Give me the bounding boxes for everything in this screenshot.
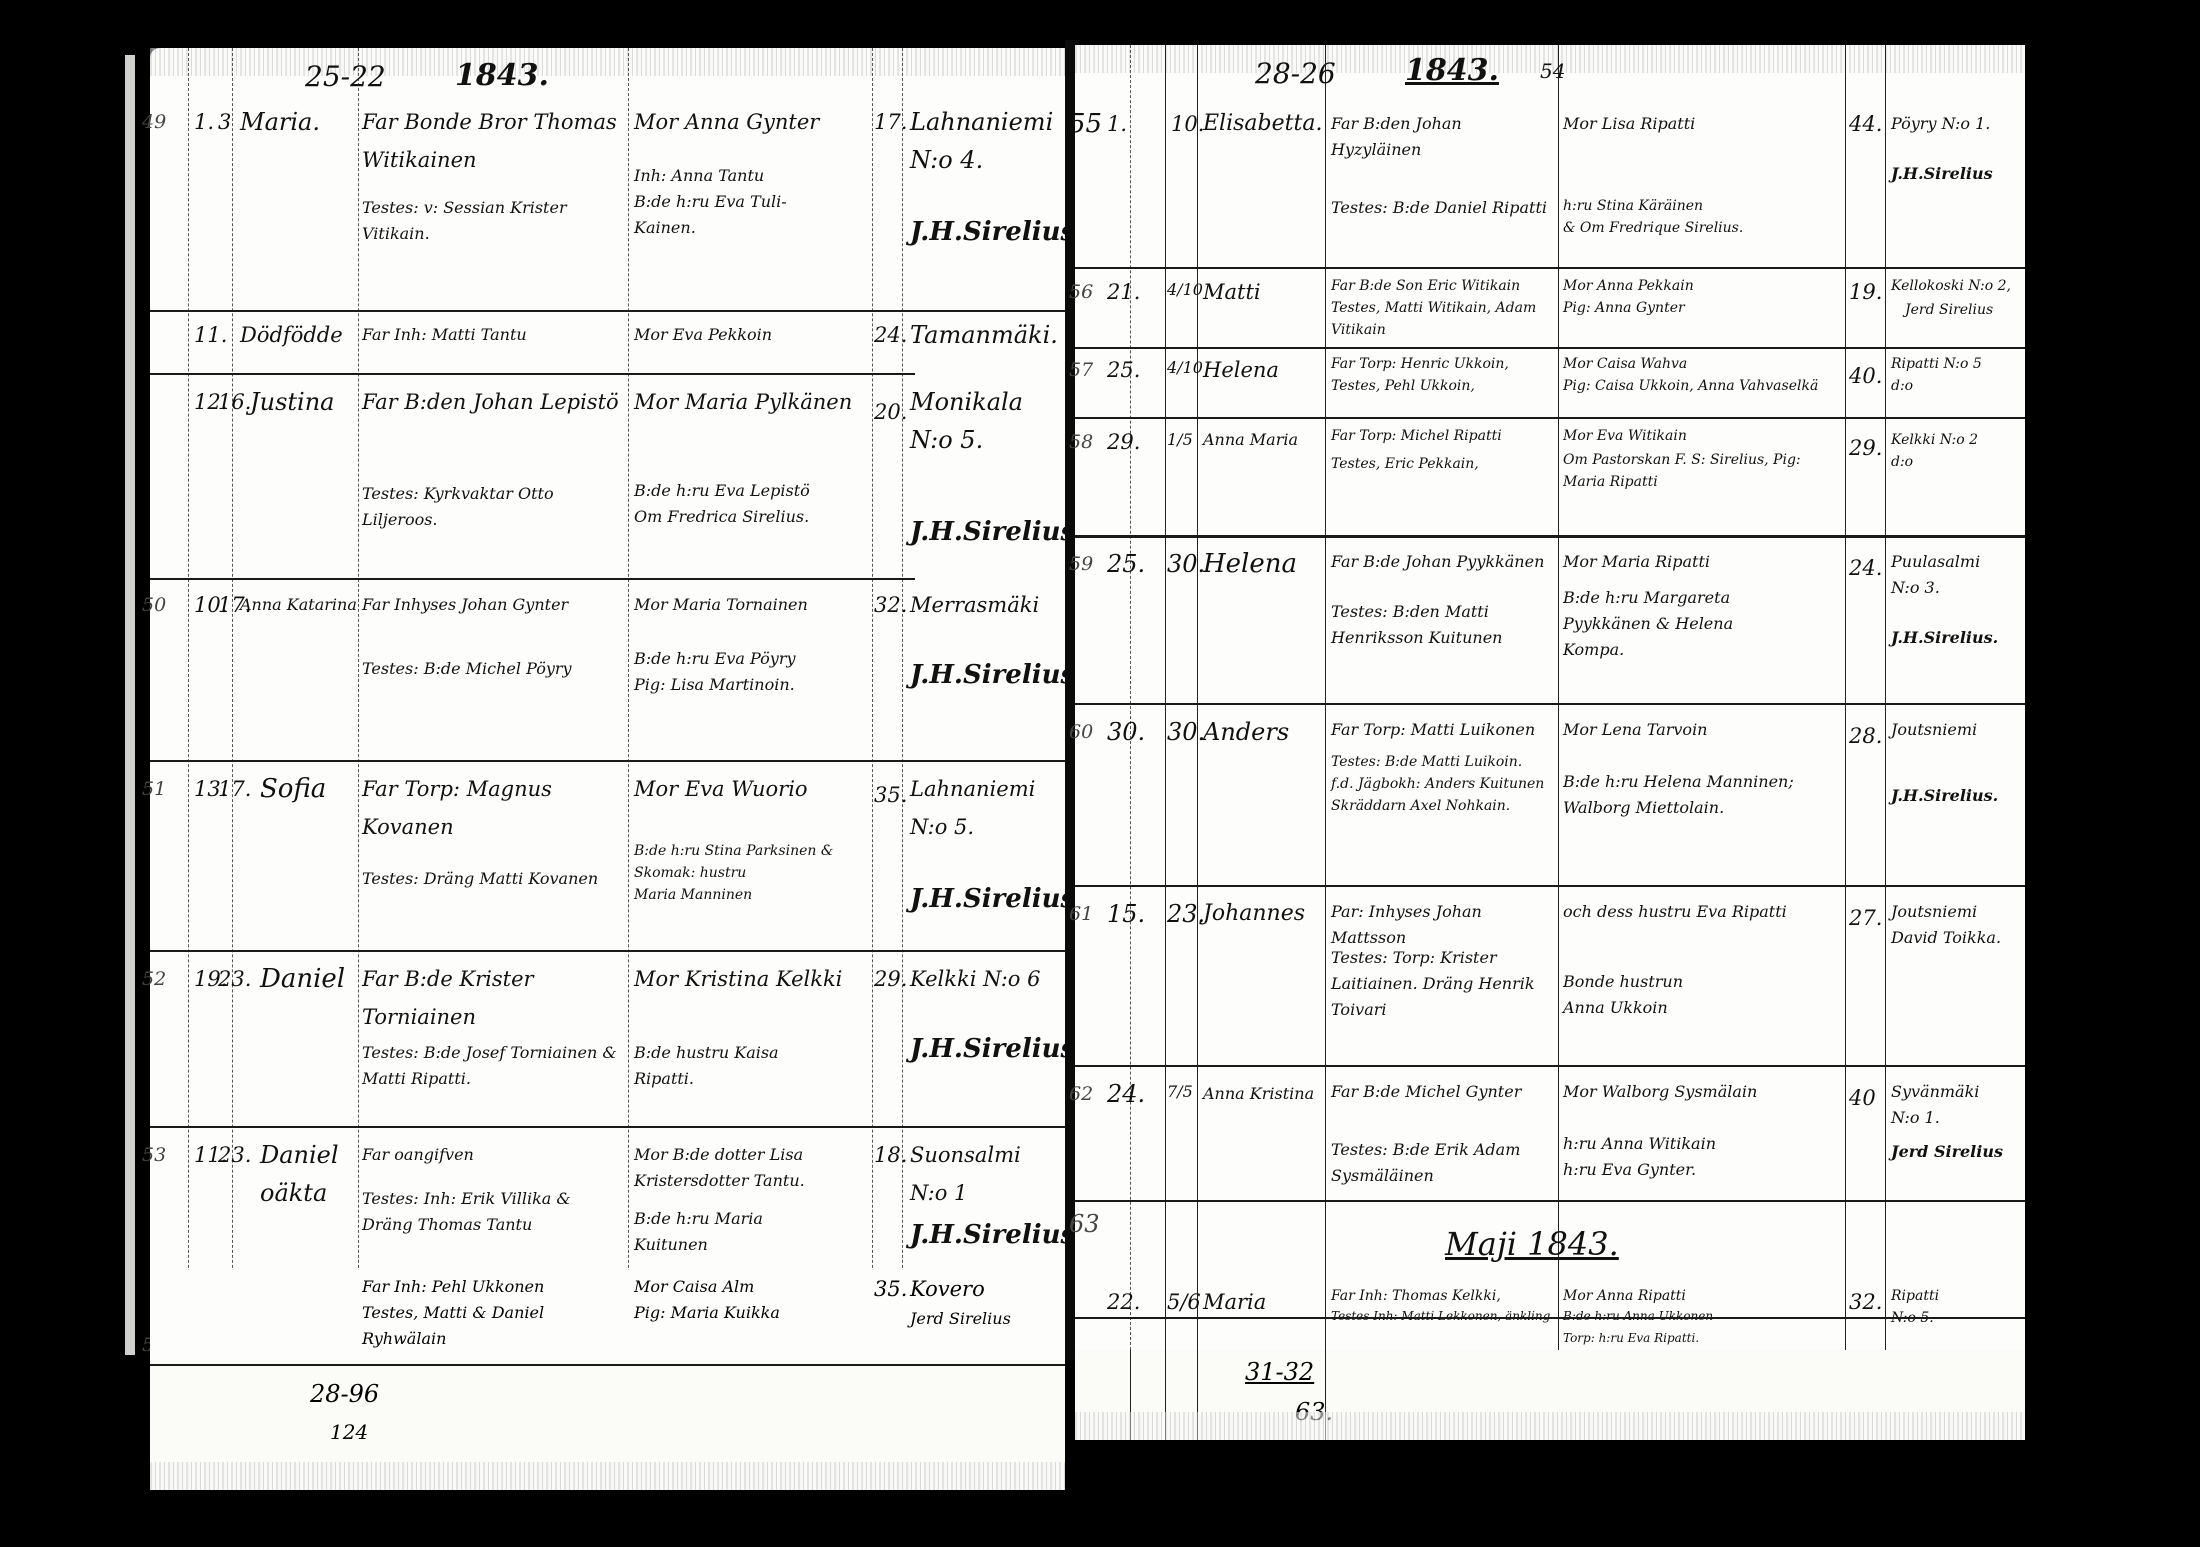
entry-reg-no: 60	[1069, 713, 1093, 751]
book-spine-edge	[125, 55, 135, 1355]
entry-divider	[1075, 267, 2025, 269]
entry-village: Joutsniemi	[1891, 717, 1977, 743]
entry-male-sponsors: Testes: v: Sessian Krister Vitikain.	[362, 195, 624, 247]
entry-father: Far B:de Johan Pyykkänen	[1331, 549, 1553, 575]
entry-mother: Mor Maria Ripatti	[1563, 549, 1841, 575]
entry-mother-age: 40.	[1849, 357, 1882, 395]
entry-mother-age: 24.	[874, 316, 907, 354]
register-page-right: 28-26 1843. 54 55 1. 10. Elisabetta. Far…	[1075, 45, 2025, 1350]
entry-divider	[150, 950, 1065, 952]
entry-mother-age: 27.	[1849, 899, 1882, 937]
entry-father: Far Inhyses Johan Gynter	[362, 592, 624, 618]
entry-female-sponsors: B:de h:ru Margareta Pyykkänen & Helena K…	[1563, 585, 1841, 663]
entry-child-name: Helena	[1203, 351, 1279, 389]
entry-village: Kovero	[910, 1270, 985, 1308]
entry-mother-age: 40	[1849, 1079, 1876, 1117]
entry-village: Puulasalmi N:o 3.	[1891, 549, 1980, 601]
entry-birth-day: 30.	[1107, 713, 1145, 751]
entry-mother: Mor Anna Ripatti	[1563, 1285, 1841, 1307]
entry-signature: J.H.Sirelius.	[910, 656, 1084, 694]
entry-village: Kelkki N:o 6	[910, 960, 1041, 998]
entry-birth-day: 15.	[1107, 895, 1145, 933]
entry-male-sponsors: Testes, Pehl Ukkoin,	[1331, 375, 1553, 397]
entry-female-sponsors: B:de h:ru Anna Ukkonen Torp: h:ru Eva Ri…	[1563, 1305, 1841, 1349]
entry-father: Far Inh: Matti Tantu	[362, 322, 624, 348]
entry-reg-no: 55	[1069, 105, 1102, 143]
month-heading: Maji 1843.	[1445, 1225, 1619, 1263]
page-tally-header: 25-22	[305, 60, 386, 93]
entry-mother: Mor Lisa Ripatti	[1563, 111, 1841, 137]
entry-mother: och dess hustru Eva Ripatti	[1563, 899, 1841, 925]
register-entry: 49 1. 3 Maria. Far Bonde Bror Thomas Wit…	[150, 103, 1065, 283]
entry-baptism-day: 17.	[218, 770, 251, 808]
entry-village: Pöyry N:o 1.	[1891, 111, 1990, 137]
entry-male-sponsors: Testes: Dräng Matti Kovanen	[362, 866, 624, 892]
entry-child-name: Dödfödde	[240, 316, 343, 354]
entry-baptism-day: 7/5	[1167, 1079, 1193, 1105]
entry-child-name: Justina	[250, 383, 334, 421]
entry-male-sponsors: Testes: B:den Matti Henriksson Kuitunen	[1331, 599, 1553, 651]
entry-reg-no: 51	[142, 770, 166, 808]
entry-baptism-day: 5/6	[1167, 1283, 1201, 1321]
entry-signature: Jerd Sirelius	[1891, 1139, 2003, 1165]
entry-father: Far B:den Johan Hyzyläinen	[1331, 111, 1553, 163]
entry-male-sponsors: Testes: B:de Erik Adam Sysmäläinen	[1331, 1137, 1553, 1189]
register-entry: 52 19. 23. Daniel Far B:de Krister Torni…	[150, 960, 1065, 1120]
entry-female-sponsors: Om Pastorskan F. S: Sirelius, Pig: Maria…	[1563, 449, 1841, 493]
entry-village: Tamanmäki.	[910, 316, 1058, 354]
entry-mother: Mor Eva Wuorio	[634, 770, 870, 808]
entry-mother-age: 20.	[874, 393, 907, 431]
entry-baptism-day: 4/10	[1167, 355, 1203, 381]
register-entry: 51 13. 17. Sofia Far Torp: Magnus Kovane…	[150, 770, 1065, 950]
entry-baptism-day: 16.	[218, 383, 251, 421]
entry-signature: J.H.Sirelius	[1891, 161, 1993, 187]
page-tally-footer: 31-32	[1245, 1358, 1314, 1386]
entry-father: Far Torp: Matti Luikonen	[1331, 717, 1553, 743]
entry-child-name: Anna Kristina	[1203, 1081, 1314, 1107]
entry-baptism-day: 3	[218, 103, 231, 141]
entry-signature: J.H.Sirelius.	[910, 213, 1084, 251]
entry-father: Far Torp: Michel Ripatti	[1331, 425, 1553, 447]
entry-birth-day: 25.	[1107, 351, 1140, 389]
entry-village: Kellokoski N:o 2,	[1891, 275, 2011, 297]
entry-village: Joutsniemi David Toikka.	[1891, 899, 2001, 951]
register-entry: 63 Maji 1843. 22. 5/6 Maria Far Inh: Tho…	[1075, 1205, 2025, 1325]
entry-baptism-day: 23.	[218, 960, 251, 998]
entry-child-name: Helena	[1203, 545, 1297, 583]
entry-baptism-day: 23.	[1167, 895, 1205, 933]
entry-father: Far B:de Michel Gynter	[1331, 1079, 1553, 1105]
register-page-left-footer: 28-96 124	[150, 1360, 1065, 1490]
entry-male-sponsors: Testes, Matti & Daniel Ryhwälain	[362, 1300, 624, 1352]
entry-father: Far B:de Krister Torniainen	[362, 960, 624, 1036]
page-number: 54	[1540, 59, 1565, 83]
entry-village: Monikala N:o 5.	[910, 383, 1023, 459]
entry-mother: Mor Kristina Kelkki	[634, 960, 870, 998]
entry-signature: J.H.Sirelius.	[910, 513, 1084, 551]
register-page-left: 25-22 1843. 49 1. 3 Maria. Far Bonde Bro…	[150, 48, 1065, 1348]
entry-female-sponsors: B:de h:ru Eva Lepistö Om Fredrica Sireli…	[634, 478, 870, 530]
entry-female-sponsors: Bonde hustrun Anna Ukkoin	[1563, 969, 1841, 1021]
entry-signature: J.H.Sirelius.	[1891, 625, 1998, 651]
entry-divider	[150, 1126, 1065, 1128]
register-page-right-footer: 31-32 63.	[1075, 1350, 2025, 1440]
entry-father: Far B:de Son Eric Witikain	[1331, 275, 1553, 297]
entry-divider	[1075, 1065, 2025, 1067]
entry-mother-age: 19.	[1849, 273, 1882, 311]
entry-reg-no: 62	[1069, 1075, 1093, 1113]
entry-female-sponsors: B:de h:ru Maria Kuitunen	[634, 1206, 870, 1258]
entry-female-sponsors: B:de h:ru Eva Pöyry Pig: Lisa Martinoin.	[634, 646, 870, 698]
entry-birth-day: 11.	[194, 316, 227, 354]
entry-female-sponsors: B:de hustru Kaisa Ripatti.	[634, 1040, 870, 1092]
entry-mother-age: 28.	[1849, 717, 1882, 755]
entry-baptism-day: 23.	[218, 1136, 251, 1174]
entry-signature: Jerd Sirelius	[1905, 299, 1993, 321]
entry-signature: Jerd Sirelius	[910, 1306, 1011, 1332]
entry-signature: J.H.Sirelius.	[910, 880, 1084, 918]
entry-reg-no: 50	[142, 586, 166, 624]
entry-signature: J.H.Sirelius.	[1891, 783, 1998, 809]
entry-child-name: Maria	[1203, 1283, 1266, 1321]
entry-divider	[150, 760, 1065, 762]
entry-mother: Mor Maria Pylkänen	[634, 383, 870, 421]
entry-divider	[150, 373, 915, 375]
entry-father: Far Torp: Henric Ukkoin,	[1331, 353, 1553, 375]
register-page-left-bottom: Far Inh: Pehl Ukkonen Testes, Matti & Da…	[150, 1270, 1065, 1360]
entry-mother-age: 35.	[874, 1270, 907, 1308]
page-tally-footer: 28-96	[310, 1380, 379, 1408]
entry-mother-age: 24.	[1849, 549, 1882, 587]
entry-mother-age: 18.	[874, 1136, 907, 1174]
entry-reg-no: 63	[1069, 1205, 1100, 1243]
entry-female-sponsors: h:ru Anna Witikain h:ru Eva Gynter.	[1563, 1131, 1841, 1183]
entry-mother-age: 29.	[1849, 429, 1882, 467]
entry-female-sponsors: Pig: Maria Kuikka	[634, 1300, 870, 1326]
register-entry: 50 10. 17. Anna Katarina Far Inhyses Joh…	[150, 586, 1065, 746]
register-entry: 12. 16. Justina Far B:den Johan Lepistö …	[150, 383, 1065, 573]
entry-male-sponsors: Testes: B:de Josef Torniainen & Matti Ri…	[362, 1040, 624, 1092]
entry-baptism-day: 1/5	[1167, 427, 1193, 453]
entry-child-name: Daniel oäkta	[260, 1136, 339, 1212]
entry-mother: Mor Anna Pekkain	[1563, 275, 1841, 297]
entry-female-sponsors: h:ru Stina Käräinen & Om Fredrique Sirel…	[1563, 195, 1841, 239]
entry-birth-day: 22.	[1107, 1283, 1140, 1321]
entry-mother: Mor B:de dotter Lisa Kristersdotter Tant…	[634, 1142, 870, 1194]
register-entry: 60 30. 30. Anders Far Torp: Matti Luikon…	[1075, 713, 2025, 883]
entry-mother-age: 17.	[874, 103, 907, 141]
entry-village: Lahnaniemi N:o 5.	[910, 770, 1035, 846]
entry-male-sponsors: Testes: Torp: Krister Laitiainen. Dräng …	[1331, 945, 1553, 1023]
entry-child-name: Elisabetta.	[1203, 105, 1322, 143]
entry-birth-day: 1.	[1107, 105, 1127, 143]
entry-reg-no: 49	[142, 103, 166, 141]
entry-father: Far oangifven	[362, 1142, 624, 1168]
entry-mother: Mor Eva Witikain	[1563, 425, 1841, 447]
entry-female-sponsors: Inh: Anna Tantu B:de h:ru Eva Tuli- Kain…	[634, 163, 870, 241]
entry-mother: Mor Walborg Sysmälain	[1563, 1079, 1841, 1105]
entry-divider	[1075, 1200, 2025, 1202]
page-year-header: 1843.	[1405, 53, 1499, 88]
entry-reg-no: 58	[1069, 423, 1093, 461]
entry-village: Ripatti N:o 5.	[1891, 1285, 1939, 1329]
entry-reg-no: 53	[142, 1136, 166, 1174]
entry-father: Far Inh: Pehl Ukkonen	[362, 1274, 624, 1300]
entry-baptism-day: 30.	[1167, 545, 1205, 583]
entry-male-sponsors: Testes: Kyrkvaktar Otto Liljeroos.	[362, 481, 624, 533]
entry-child-name: Maria.	[240, 103, 320, 141]
register-entry: 57 25. 4/10 Helena Far Torp: Henric Ukko…	[1075, 351, 2025, 411]
entry-village: Merrasmäki	[910, 586, 1039, 624]
entry-child-name: Johannes	[1203, 895, 1305, 933]
entry-baptism-day: 30.	[1167, 713, 1205, 751]
entry-reg-no: 59	[1069, 545, 1093, 583]
entry-father: Par: Inhyses Johan Mattsson	[1331, 899, 1553, 951]
entry-mother-age: 32.	[874, 586, 907, 624]
entry-mother-age: 44.	[1849, 105, 1882, 143]
entry-male-sponsors: Testes: Inh: Erik Villika & Dräng Thomas…	[362, 1186, 624, 1238]
entry-village: Ripatti N:o 5 d:o	[1891, 353, 1982, 397]
entry-reg-no: 56	[1069, 273, 1093, 311]
entry-divider	[1075, 417, 2025, 419]
entry-male-sponsors: Testes Inh: Matti Lekkonen, änkling	[1331, 1305, 1553, 1327]
entry-reg-no: 57	[1069, 351, 1093, 389]
entry-divider	[150, 310, 1065, 312]
entry-child-name: Anders	[1203, 713, 1289, 751]
entry-child-name: Anna Maria	[1203, 427, 1298, 453]
entry-female-sponsors: B:de h:ru Helena Manninen; Walborg Miett…	[1563, 769, 1841, 821]
register-entry: 62 24. 7/5 Anna Kristina Far B:de Michel…	[1075, 1075, 2025, 1215]
entry-male-sponsors: Testes: B:de Matti Luikoin. f.d. Jägbokh…	[1331, 751, 1553, 817]
entry-signature: J.H.Sirelius.	[910, 1216, 1084, 1254]
register-entry: 61 15. 23. Johannes Par: Inhyses Johan M…	[1075, 895, 2025, 1065]
page-year-header: 1843.	[455, 58, 549, 93]
entry-child-name: Matti	[1203, 273, 1261, 311]
register-entry: 55 1. 10. Elisabetta. Far B:den Johan Hy…	[1075, 105, 2025, 265]
entry-village: Lahnaniemi N:o 4.	[910, 103, 1053, 179]
entry-mother: Mor Eva Pekkoin	[634, 322, 870, 348]
register-entry: 58 29. 1/5 Anna Maria Far Torp: Michel R…	[1075, 423, 2025, 533]
register-entry: 11. Dödfödde Far Inh: Matti Tantu Mor Ev…	[150, 316, 1065, 366]
entry-male-sponsors: Testes, Eric Pekkain,	[1331, 453, 1553, 475]
entry-birth-day: 24.	[1107, 1075, 1145, 1113]
entry-child-name: Anna Katarina	[240, 592, 357, 618]
entry-divider	[1075, 347, 2025, 349]
entry-mother-age: 29.	[874, 960, 907, 998]
entry-female-sponsors: Pig: Anna Gynter	[1563, 297, 1841, 319]
entry-female-sponsors: Pig: Caisa Ukkoin, Anna Vahvaselkä	[1563, 375, 1841, 397]
entry-divider	[1075, 885, 2025, 887]
entry-village: Kelkki N:o 2 d:o	[1891, 429, 1978, 473]
entry-divider	[1075, 703, 2025, 705]
entry-birth-day: 1.	[194, 103, 214, 141]
page-tally-header: 28-26	[1255, 57, 1336, 90]
entry-mother-age: 32.	[1849, 1283, 1882, 1321]
scan-noise-bottom	[150, 1462, 1065, 1490]
entry-birth-day: 25.	[1107, 545, 1145, 583]
entry-male-sponsors: Testes: B:de Daniel Ripatti	[1331, 195, 1553, 221]
entry-father: Far Bonde Bror Thomas Witikainen	[362, 103, 624, 179]
entry-female-sponsors: B:de h:ru Stina Parksinen & Skomak: hust…	[634, 840, 870, 906]
entry-birth-day: 21.	[1107, 273, 1140, 311]
entry-child-name: Daniel	[260, 960, 345, 998]
register-entry: 56 21. 4/10 Matti Far B:de Son Eric Witi…	[1075, 273, 2025, 343]
entry-baptism-day: 10.	[1171, 105, 1204, 143]
entry-mother: Mor Anna Gynter	[634, 103, 870, 141]
entry-reg-no: 52	[142, 960, 166, 998]
entry-signature: J.H.Sirelius.	[910, 1030, 1084, 1068]
entry-mother: Mor Caisa Alm	[634, 1274, 870, 1300]
scan-noise-top	[150, 48, 1065, 76]
entry-male-sponsors: Testes: B:de Michel Pöyry	[362, 656, 624, 682]
entry-divider	[1075, 1317, 2025, 1319]
entry-baptism-day: 4/10	[1167, 277, 1203, 303]
entry-mother-age: 35.	[874, 776, 907, 814]
entry-divider	[1075, 535, 2025, 538]
entry-divider	[150, 1364, 1065, 1366]
entry-father: Far Torp: Magnus Kovanen	[362, 770, 624, 846]
entry-divider	[150, 578, 915, 580]
entry-father: Far Inh: Thomas Kelkki,	[1331, 1285, 1553, 1307]
entry-village: Suonsalmi N:o 1	[910, 1136, 1021, 1212]
scan-noise-bottom	[1075, 1412, 2025, 1440]
entry-male-sponsors: Testes, Matti Witikain, Adam Vitikain	[1331, 297, 1553, 341]
entry-father: Far B:den Johan Lepistö	[362, 383, 624, 421]
entry-child-name: Sofia	[260, 770, 326, 808]
entry-mother: Mor Maria Tornainen	[634, 592, 870, 618]
entry-village: Syvänmäki N:o 1.	[1891, 1079, 1979, 1131]
register-entry: 59 25. 30. Helena Far B:de Johan Pyykkän…	[1075, 545, 2025, 695]
page-tally-sub: 124	[330, 1420, 368, 1444]
entry-reg-no: 61	[1069, 895, 1093, 933]
entry-birth-day: 29.	[1107, 423, 1140, 461]
entry-mother: Mor Caisa Wahva	[1563, 353, 1841, 375]
entry-mother: Mor Lena Tarvoin	[1563, 717, 1841, 743]
